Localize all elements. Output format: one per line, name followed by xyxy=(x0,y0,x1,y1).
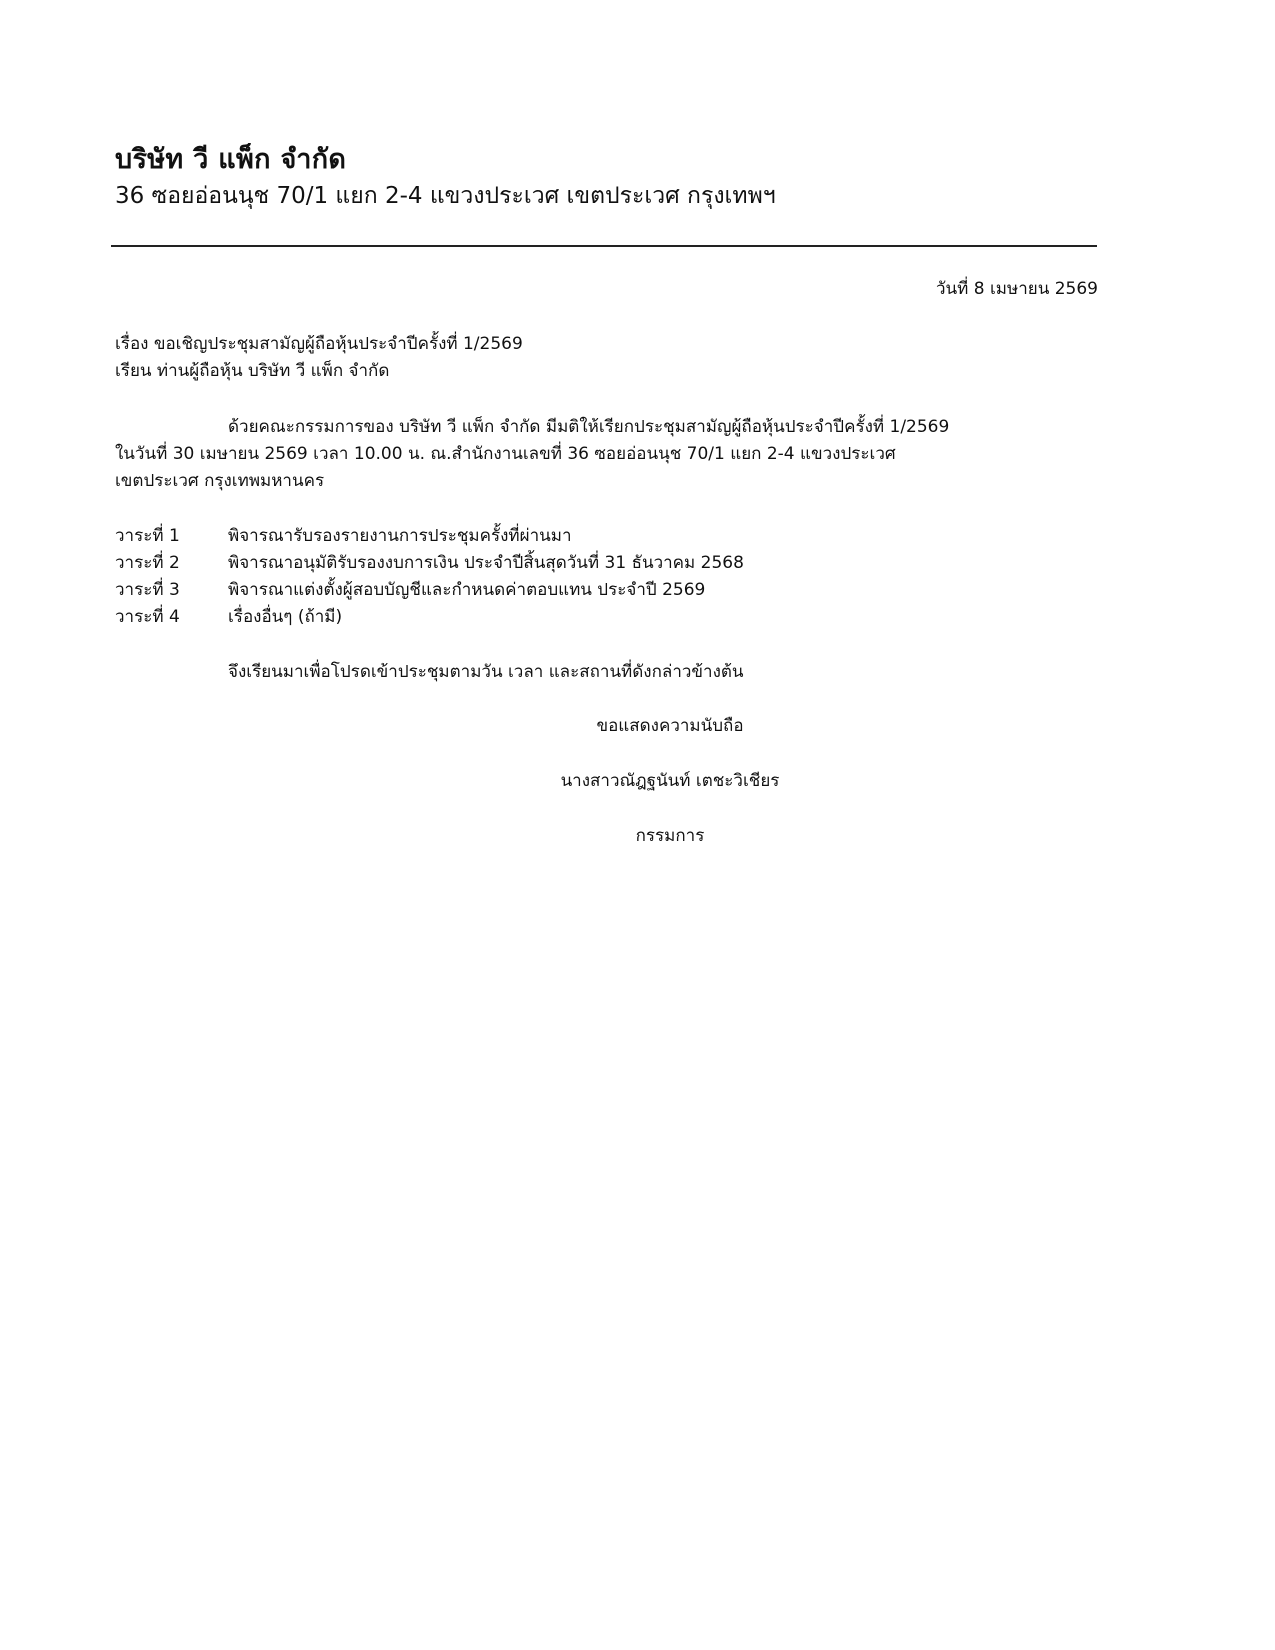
agenda-item: วาระที่ 4 เรื่องอื่นๆ (ถ้ามี) xyxy=(115,603,744,630)
body-paragraph-line-2: ในวันที่ 30 เมษายน 2569 เวลา 10.00 น. ณ.… xyxy=(115,440,896,467)
signature-regards: ขอแสดงความนับถือ xyxy=(520,712,820,739)
agenda-item: วาระที่ 1 พิจารณารับรองรายงานการประชุมคร… xyxy=(115,522,744,549)
agenda-item: วาระที่ 3 พิจารณาแต่งตั้งผู้สอบบัญชีและก… xyxy=(115,576,744,603)
agenda-number: วาระที่ 1 xyxy=(115,522,228,549)
agenda-text: เรื่องอื่นๆ (ถ้ามี) xyxy=(228,603,342,630)
company-name: บริษัท วี แพ็ก จำกัด xyxy=(115,137,346,180)
company-address: 36 ซอยอ่อนนุช 70/1 แยก 2-4 แขวงประเวศ เข… xyxy=(115,178,776,214)
agenda-text: พิจารณาอนุมัติรับรองงบการเงิน ประจำปีสิ้… xyxy=(228,549,744,576)
agenda-text: พิจารณาแต่งตั้งผู้สอบบัญชีและกำหนดค่าตอบ… xyxy=(228,576,705,603)
agenda-text: พิจารณารับรองรายงานการประชุมครั้งที่ผ่าน… xyxy=(228,522,572,549)
agenda-list: วาระที่ 1 พิจารณารับรองรายงานการประชุมคร… xyxy=(115,522,744,630)
signer-position: กรรมการ xyxy=(520,822,820,849)
body-paragraph-line-3: เขตประเวศ กรุงเทพมหานคร xyxy=(115,467,324,494)
header-divider xyxy=(111,245,1097,247)
agenda-item: วาระที่ 2 พิจารณาอนุมัติรับรองงบการเงิน … xyxy=(115,549,744,576)
signer-name: นางสาวณัฎฐนันท์ เตชะวิเชียร xyxy=(520,767,820,794)
agenda-number: วาระที่ 3 xyxy=(115,576,228,603)
agenda-number: วาระที่ 4 xyxy=(115,603,228,630)
letter-recipient: เรียน ท่านผู้ถือหุ้น บริษัท วี แพ็ก จำกั… xyxy=(115,357,389,384)
agenda-number: วาระที่ 2 xyxy=(115,549,228,576)
body-paragraph-line-1: ด้วยคณะกรรมการของ บริษัท วี แพ็ก จำกัด ม… xyxy=(228,413,949,440)
letter-subject: เรื่อง ขอเชิญประชุมสามัญผู้ถือหุ้นประจำป… xyxy=(115,330,523,357)
closing-sentence: จึงเรียนมาเพื่อโปรดเข้าประชุมตามวัน เวลา… xyxy=(228,658,744,685)
letter-page: บริษัท วี แพ็ก จำกัด 36 ซอยอ่อนนุช 70/1 … xyxy=(0,0,1275,1650)
letter-date: วันที่ 8 เมษายน 2569 xyxy=(936,275,1098,302)
